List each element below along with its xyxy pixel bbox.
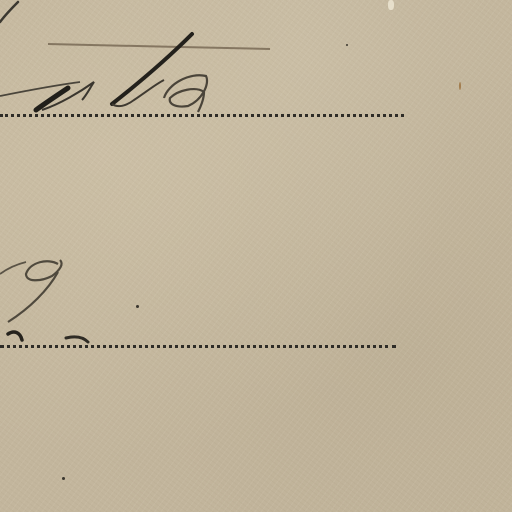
paper-stain [459,82,461,90]
handwriting-line-1 [0,0,512,130]
ink-speck [136,305,139,308]
ink-speck [62,477,65,480]
fill-in-line-2 [0,345,396,348]
ink-speck [346,44,348,46]
handwriting-line-2 [0,250,120,350]
fill-in-line-1 [0,114,404,117]
paper-fleck [388,0,394,10]
document-page: …cta …19 2 [0,0,512,512]
